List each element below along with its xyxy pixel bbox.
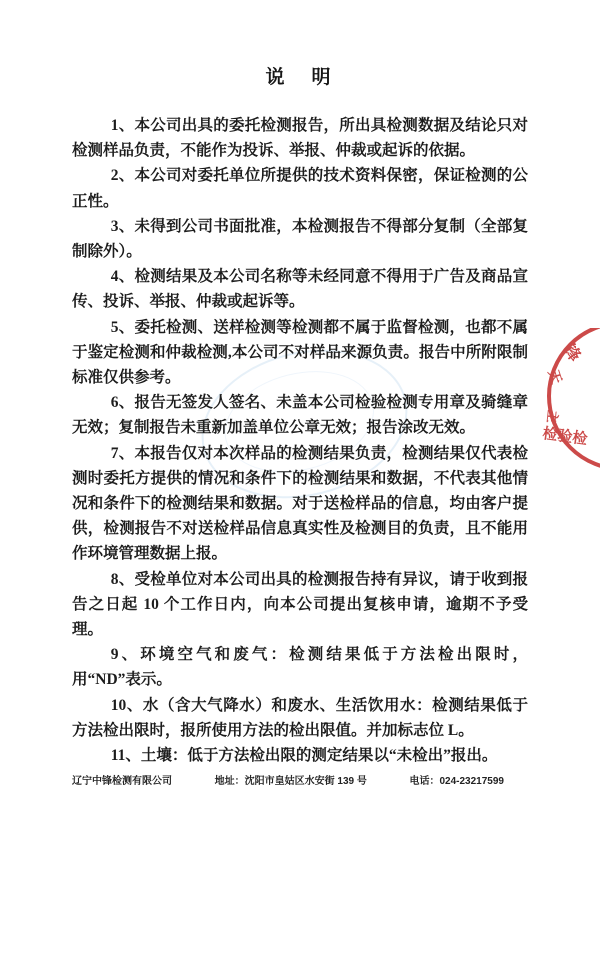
note-paragraph: 2、本公司对委托单位所提供的技术资料保密，保证检测的公正性。 <box>72 163 528 213</box>
seal-char-3: 主 <box>544 409 560 424</box>
note-paragraph: 8、受检单位对本公司出具的检测报告持有异议，请于收到报告之日起 10 个工作日内… <box>72 567 528 643</box>
seal-bottom-text: 检验检 <box>541 424 589 448</box>
red-seal-stamp: 锋 天 主 检验检 <box>540 328 600 468</box>
document-page: 说 明 1、本公司出具的委托检测报告，所出具检测数据及结论只对检测样品负责，不能… <box>0 0 600 962</box>
seal-circle-icon <box>549 328 600 468</box>
note-paragraph: 9、环境空气和废气：检测结果低于方法检出限时，用“ND”表示。 <box>72 642 528 692</box>
note-paragraph: 1、本公司出具的委托检测报告，所出具检测数据及结论只对检测样品负责，不能作为投诉… <box>72 113 528 163</box>
note-paragraph: 4、检测结果及本公司名称等未经同意不得用于广告及商品宣传、投诉、举报、仲裁或起诉… <box>72 264 528 314</box>
page-title: 说 明 <box>0 62 600 89</box>
seal-char-2: 天 <box>545 368 565 386</box>
note-paragraph: 10、水（含大气降水）和废水、生活饮用水：检测结果低于方法检出限时，报所使用方法… <box>72 693 528 743</box>
page-footer: 辽宁中锋检测有限公司 地址：沈阳市皇姑区水安街 139 号 电话：024-232… <box>72 772 504 787</box>
note-paragraph: 5、委托检测、送样检测等检测都不属于监督检测，也都不属于鉴定检测和仲裁检测,本公… <box>72 315 528 391</box>
note-paragraph: 7、本报告仅对本次样品的检测结果负责，检测结果仅代表检测时委托方提供的情况和条件… <box>72 441 528 567</box>
footer-company: 辽宁中锋检测有限公司 <box>72 772 172 787</box>
footer-address: 地址：沈阳市皇姑区水安街 139 号 <box>215 772 367 787</box>
notes-list: 1、本公司出具的委托检测报告，所出具检测数据及结论只对检测样品负责，不能作为投诉… <box>72 113 528 768</box>
seal-char-1: 锋 <box>559 340 584 365</box>
footer-phone: 电话：024-23217599 <box>409 772 504 787</box>
note-paragraph: 11、土壤：低于方法检出限的测定结果以“未检出”报出。 <box>72 743 528 768</box>
note-paragraph: 3、未得到公司书面批准，本检测报告不得部分复制（全部复制除外）。 <box>72 214 528 264</box>
note-paragraph: 6、报告无签发人签名、未盖本公司检验检测专用章及骑缝章无效；复制报告未重新加盖单… <box>72 390 528 440</box>
